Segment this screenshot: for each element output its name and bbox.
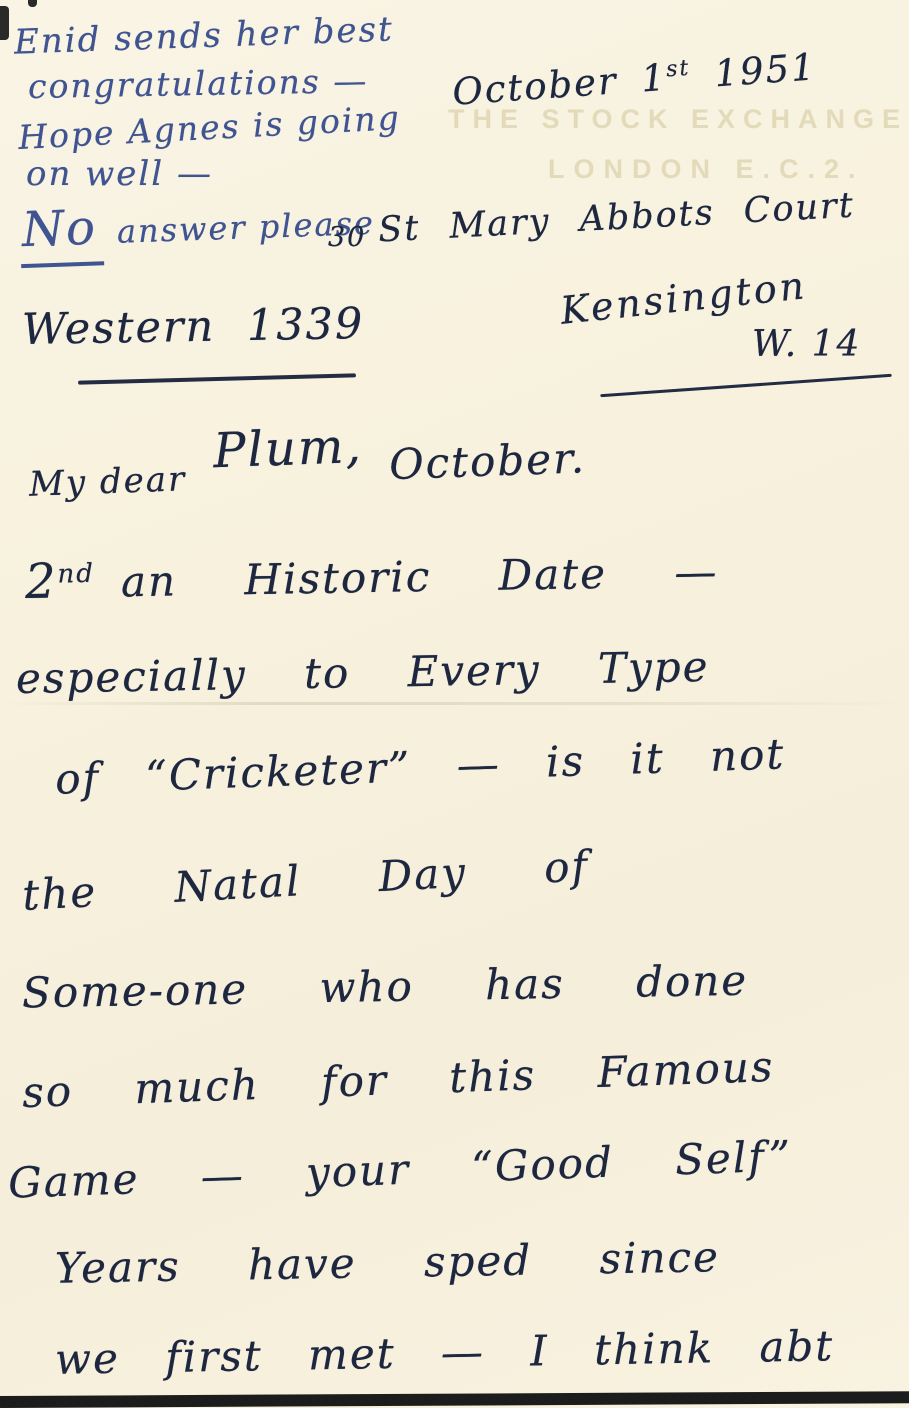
body-line: we first met — I think abt bbox=[55, 1321, 835, 1384]
letterhead-line-2: LONDON E.C.2. bbox=[548, 154, 865, 185]
address-street: St Mary Abbots Court bbox=[377, 186, 855, 251]
phone-underline bbox=[78, 373, 356, 384]
annotation-line-3: Hope Agnes is going bbox=[17, 98, 401, 157]
address-underline-flourish bbox=[600, 374, 891, 397]
phone-line: Western 1339 bbox=[22, 299, 365, 355]
scan-corner-dot bbox=[28, 0, 37, 7]
salutation-name: Plum, bbox=[212, 418, 363, 479]
annotation-no-underlined: No bbox=[19, 199, 104, 268]
letterhead-line-1: THE STOCK EXCHANGE bbox=[448, 104, 908, 135]
body-line: 2ndan Historic Date — bbox=[25, 542, 719, 610]
date-ordinal: st bbox=[665, 56, 691, 83]
body-line: so much for this Famous bbox=[21, 1042, 775, 1117]
body-line: Years have sped since bbox=[55, 1232, 721, 1293]
address-postal: W. 14 bbox=[752, 324, 861, 365]
body-line: especially to Every Type bbox=[16, 642, 710, 703]
body-line-text: an Historic Date — bbox=[121, 547, 719, 606]
date-year: 1951 bbox=[713, 45, 818, 95]
salutation-pre: My dear bbox=[28, 459, 187, 504]
salutation: My dearPlum,October. bbox=[27, 410, 586, 485]
salutation-rest: October. bbox=[388, 433, 586, 489]
body-line: Some-one who has done bbox=[22, 956, 749, 1018]
scan-corner-mark bbox=[0, 6, 9, 40]
address-city: Kensington bbox=[558, 263, 809, 333]
annotation-no-answer: Noanswer please bbox=[19, 190, 376, 268]
body-line-ordinal-suffix: nd bbox=[57, 559, 95, 590]
annotation-line-4: on well — bbox=[26, 154, 213, 194]
paper-fold-crease bbox=[0, 702, 909, 705]
annotation-line-2: congratulations — bbox=[28, 61, 369, 106]
annotation-line-1: Enid sends her best bbox=[13, 9, 394, 62]
scan-edge-bottom bbox=[0, 1391, 909, 1408]
address-number: 30 bbox=[328, 222, 366, 253]
letter-page: Enid sends her best congratulations — Ho… bbox=[0, 0, 909, 1408]
body-line: Game — your “Good Self” bbox=[7, 1131, 793, 1207]
body-line: the Natal Day of bbox=[21, 841, 590, 920]
body-line-ordinal-number: 2 bbox=[25, 553, 59, 610]
body-line: of “Cricketer” — is it not bbox=[54, 729, 786, 803]
